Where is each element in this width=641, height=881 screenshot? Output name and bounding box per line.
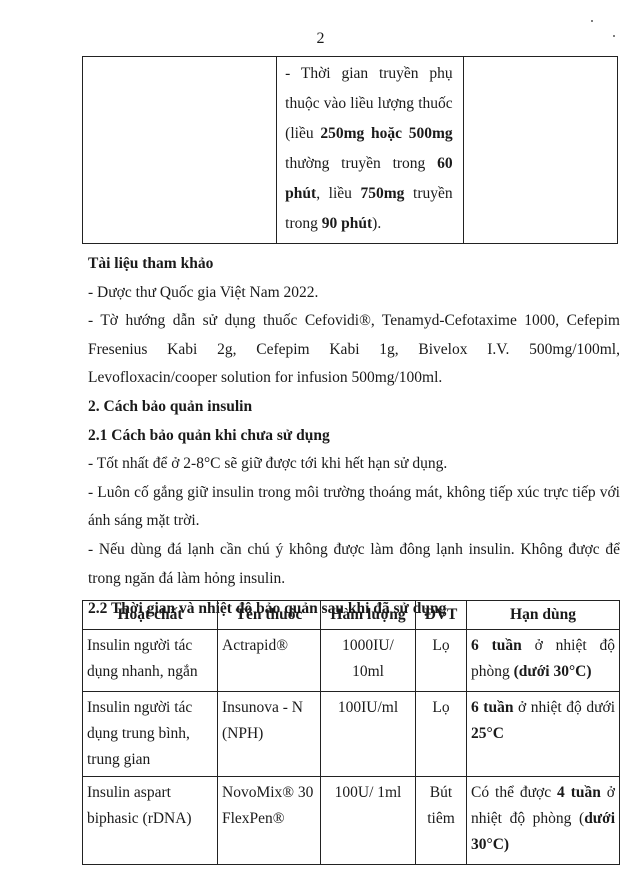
empty-cell [463, 57, 617, 244]
text-run: thường truyền trong [285, 155, 437, 172]
emphasis-text: 750mg [361, 185, 405, 202]
table-row: - Thời gian truyền phụ thuộc vào liều lư… [83, 57, 618, 244]
header-drug-name: Tên thuốc [218, 601, 321, 630]
cell-expiry: 6 tuần ở nhiệt độ dưới 25°C [467, 692, 620, 777]
cell-drug-name: Actrapid® [218, 630, 321, 692]
cell-unit: Lọ [416, 630, 467, 692]
section-heading: 2. Cách bảo quản insulin [88, 393, 620, 422]
administration-note: - Thời gian truyền phụ thuộc vào liều lư… [277, 57, 462, 243]
storage-item: - Luôn cố gắng giữ insulin trong môi trư… [88, 479, 620, 536]
storage-item: - Tốt nhất để ở 2-8°C sẽ giữ được tới kh… [88, 450, 620, 479]
subsection-heading: 2.1 Cách bảo quản khi chưa sử dụng [88, 422, 620, 451]
cell-strength: 1000IU/ 10ml [321, 630, 416, 692]
emphasis-text: 6 tuần [471, 637, 522, 654]
document-body: Tài liệu tham khảo - Dược thư Quốc gia V… [88, 250, 620, 624]
administration-note-cell: - Thời gian truyền phụ thuộc vào liều lư… [277, 57, 463, 244]
storage-item: - Nếu dùng đá lạnh cần chú ý không được … [88, 536, 620, 593]
cell-unit: Bút tiêm [416, 777, 467, 865]
cell-strength: 100IU/ml [321, 692, 416, 777]
scan-speck [591, 20, 593, 22]
references-heading: Tài liệu tham khảo [88, 250, 620, 279]
cell-expiry: Có thể được 4 tuần ở nhiệt độ phòng (dướ… [467, 777, 620, 865]
table-row: Insulin người tác dụng nhanh, ngắn Actra… [83, 630, 620, 692]
table-row: Insulin aspart biphasic (rDNA) NovoMix® … [83, 777, 620, 865]
cell-active-ingredient: Insulin aspart biphasic (rDNA) [83, 777, 218, 865]
emphasis-text: 25°C [471, 725, 504, 742]
empty-cell [83, 57, 277, 244]
header-unit: ĐVT [416, 601, 467, 630]
cell-strength: 100U/ 1ml [321, 777, 416, 865]
continued-table-fragment: - Thời gian truyền phụ thuộc vào liều lư… [82, 56, 618, 244]
table-header-row: Hoạt chất Tên thuốc Hàm lượng ĐVT Hạn dù… [83, 601, 620, 630]
cell-active-ingredient: Insulin người tác dụng trung bình, trung… [83, 692, 218, 777]
cell-drug-name: NovoMix® 30 FlexPen® [218, 777, 321, 865]
text-run: , liều [316, 185, 360, 202]
reference-item: - Dược thư Quốc gia Việt Nam 2022. [88, 279, 620, 308]
text-run: Có thể được [471, 784, 557, 801]
insulin-storage-table: Hoạt chất Tên thuốc Hàm lượng ĐVT Hạn dù… [82, 600, 620, 865]
emphasis-text: 250mg hoặc 500mg [320, 125, 452, 142]
cell-expiry: 6 tuần ở nhiệt độ phòng (dưới 30°C) [467, 630, 620, 692]
header-strength: Hàm lượng [321, 601, 416, 630]
cell-unit: Lọ [416, 692, 467, 777]
scan-speck [613, 35, 615, 37]
text-run: ). [372, 215, 381, 232]
page-number: 2 [0, 30, 641, 48]
header-expiry: Hạn dùng [467, 601, 620, 630]
emphasis-text: (dưới 30°C) [514, 663, 592, 680]
table-row: Insulin người tác dụng trung bình, trung… [83, 692, 620, 777]
header-active-ingredient: Hoạt chất [83, 601, 218, 630]
cell-drug-name: Insunova - N (NPH) [218, 692, 321, 777]
cell-active-ingredient: Insulin người tác dụng nhanh, ngắn [83, 630, 218, 692]
text-run: ở nhiệt độ dưới [513, 699, 615, 716]
emphasis-text: 4 tuần [557, 784, 601, 801]
emphasis-text: 90 phút [322, 215, 372, 232]
reference-item: - Tờ hướng dẫn sử dụng thuốc Cefovidi®, … [88, 307, 620, 393]
emphasis-text: 6 tuần [471, 699, 513, 716]
